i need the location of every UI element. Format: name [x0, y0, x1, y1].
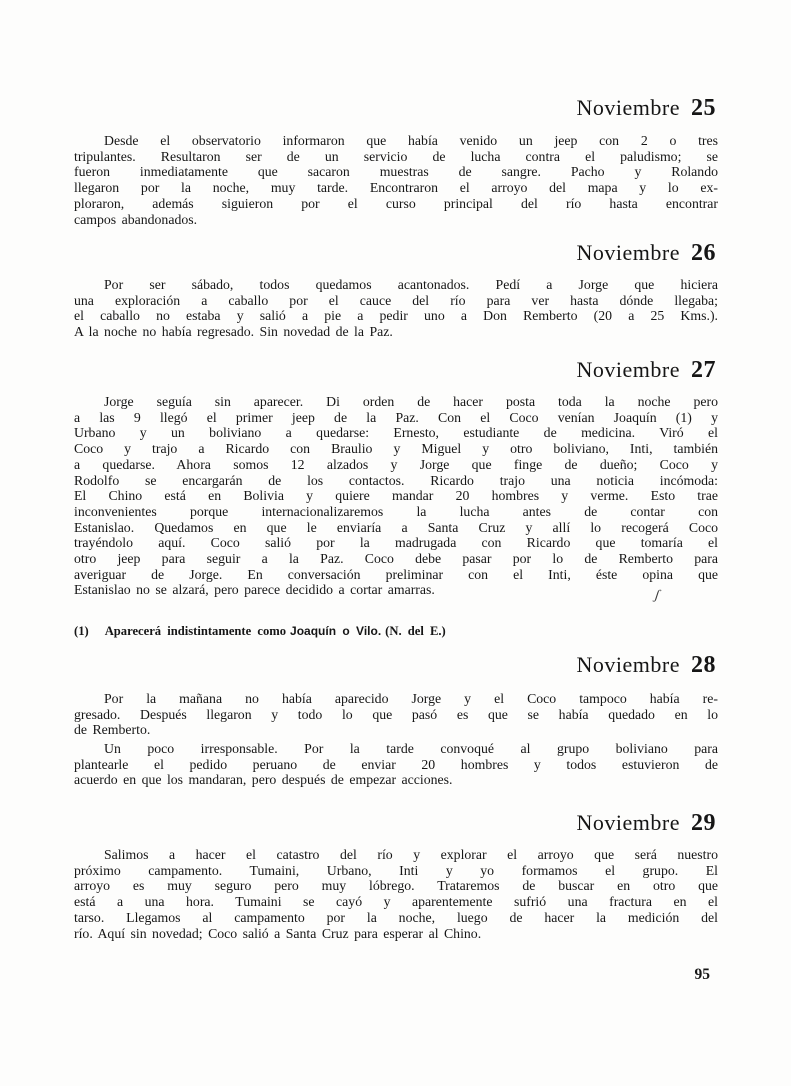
body-line: está a una hora. Tumaini se cayó y apare… [74, 894, 718, 910]
text-block: Noviembre25 Desde el observatorio inform… [74, 0, 718, 1086]
entry-paragraph: Jorge seguía sin aparecer. Di orden de h… [74, 394, 718, 598]
entry-paragraph: Por ser sábado, todos quedamos acantonad… [74, 277, 718, 340]
body-line: Urbano y un boliviano a quedarse: Ernest… [74, 425, 718, 441]
body-line: A la noche no había regresado. Sin noved… [74, 324, 718, 340]
body-line: Estanislao. Quedamos en que le enviaría … [74, 520, 718, 536]
entry-paragraph: Por la mañana no había aparecido Jorge y… [74, 691, 718, 738]
heading-month: Noviembre [577, 240, 680, 265]
body-line: gresado. Después llegaron y todo lo que … [74, 707, 718, 723]
body-line: Coco y trajo a Ricardo con Braulio y Mig… [74, 441, 718, 457]
body-line: llegaron por la noche, muy tarde. Encont… [74, 180, 718, 196]
body-line: río. Aquí sin novedad; Coco salió a Sant… [74, 926, 718, 942]
body-line: inconvenientes porque internacionalizare… [74, 504, 718, 520]
body-line: el caballo no estaba y salió a pie a ped… [74, 308, 718, 324]
body-line: de Remberto. [74, 722, 718, 738]
heading-month: Noviembre [577, 95, 680, 120]
footnote-editor-note: (N. del E.) [385, 624, 446, 638]
footnote-marker: (1) [74, 624, 89, 638]
footnote-text: Aparecerá indistintamente como [105, 624, 286, 638]
body-line: Jorge seguía sin aparecer. Di orden de h… [74, 394, 718, 410]
entry-heading-nov-28: Noviembre28 [577, 652, 716, 679]
body-line: tripulantes. Resultaron ser de un servic… [74, 149, 718, 165]
page-number: 95 [74, 966, 710, 984]
body-line: trayéndolo aquí. Coco salió por la madru… [74, 535, 718, 551]
body-line: plantearle el pedido peruano de enviar 2… [74, 757, 718, 773]
body-line: Por ser sábado, todos quedamos acantonad… [74, 277, 718, 293]
body-line: averiguar de Jorge. En conversación prel… [74, 567, 718, 583]
entry-paragraph: Salimos a hacer el catastro del río y ex… [74, 847, 718, 941]
footnote-names: Joaquín o Vilo. [290, 624, 381, 638]
body-line: fueron inmediatamente que sacaron muestr… [74, 164, 718, 180]
body-line: a las 9 llegó el primer jeep de la Paz. … [74, 410, 718, 426]
body-line: Salimos a hacer el catastro del río y ex… [74, 847, 718, 863]
body-line: ploraron, además siguieron por el curso … [74, 196, 718, 212]
entry-heading-nov-25: Noviembre25 [577, 95, 716, 122]
heading-day: 29 [691, 810, 716, 836]
heading-day: 28 [691, 652, 716, 678]
heading-day: 27 [691, 357, 716, 383]
heading-day: 26 [691, 240, 716, 266]
body-line: tarso. Llegamos al campamento por la noc… [74, 910, 718, 926]
heading-month: Noviembre [577, 652, 680, 677]
entry-heading-nov-27: Noviembre27 [577, 357, 716, 384]
body-line: Desde el observatorio informaron que hab… [74, 133, 718, 149]
body-line: arroyo es muy seguro pero muy lóbrego. T… [74, 878, 718, 894]
body-line: Un poco irresponsable. Por la tarde conv… [74, 741, 718, 757]
entry-paragraph: Desde el observatorio informaron que hab… [74, 133, 718, 227]
body-line: campos abandonados. [74, 212, 718, 228]
heading-day: 25 [691, 95, 716, 121]
heading-month: Noviembre [577, 357, 680, 382]
footnote: (1)Aparecerá indistintamente comoJoaquín… [74, 624, 718, 639]
body-line: El Chino está en Bolivia y quiere mandar… [74, 488, 718, 504]
body-line: Rodolfo se encargarán de los contactos. … [74, 473, 718, 489]
entry-paragraph: Un poco irresponsable. Por la tarde conv… [74, 741, 718, 788]
body-line: acuerdo en que los mandaran, pero despué… [74, 772, 718, 788]
body-line: Estanislao no se alzará, pero parece dec… [74, 582, 718, 598]
body-line: otro jeep para seguir a la Paz. Coco deb… [74, 551, 718, 567]
body-line: a quedarse. Ahora somos 12 alzados y Jor… [74, 457, 718, 473]
entry-heading-nov-29: Noviembre29 [577, 810, 716, 837]
body-line: una exploración a caballo por el cauce d… [74, 293, 718, 309]
book-page: Noviembre25 Desde el observatorio inform… [0, 0, 791, 1086]
heading-month: Noviembre [577, 810, 680, 835]
body-line: Por la mañana no había aparecido Jorge y… [74, 691, 718, 707]
entry-heading-nov-26: Noviembre26 [577, 240, 716, 267]
body-line: próximo campamento. Tumaini, Urbano, Int… [74, 863, 718, 879]
